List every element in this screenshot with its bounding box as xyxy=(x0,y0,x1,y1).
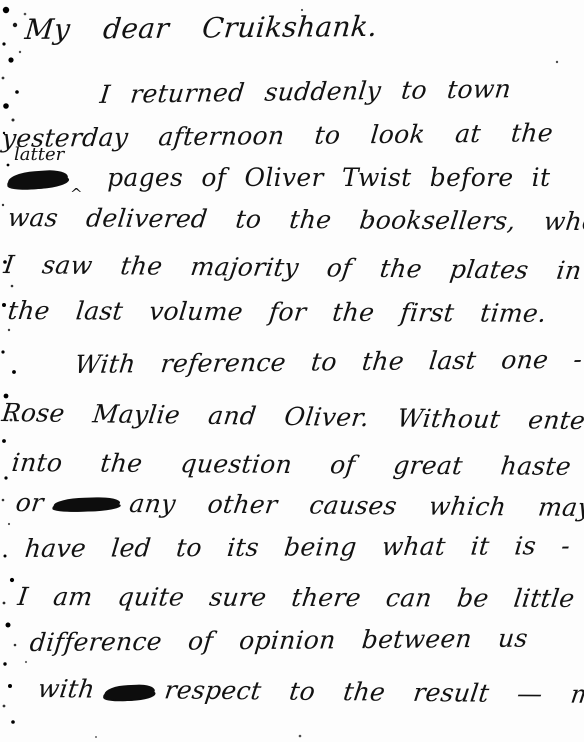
scribbled-out-word xyxy=(53,497,121,512)
letter-line-13: I am quite sure there can be little xyxy=(16,584,576,611)
edit-stack: latter xyxy=(8,165,68,190)
salutation-text: My dear Cruikshank. xyxy=(23,10,378,46)
letter-line-6: I saw the majority of the plates in xyxy=(2,252,583,283)
letter-line-5: was delivered to the booksellers, when xyxy=(7,205,584,234)
letter-line-12: have led to its being what it is - xyxy=(24,533,572,561)
letter-text: or xyxy=(14,488,45,517)
letter-line-2: I returned suddenly to town xyxy=(99,76,513,107)
letter-text: with xyxy=(36,674,97,704)
letter-text: yesterday afternoon to look at the xyxy=(1,118,555,153)
letter-text: I returned suddenly to town xyxy=(98,74,512,109)
letter-text: the last volume for the first time. xyxy=(6,296,548,328)
letter-text: any other causes which may xyxy=(128,489,584,522)
letter-line-1: My dear Cruikshank. xyxy=(24,13,379,44)
letter-line-14: difference of opinion between us xyxy=(29,626,529,655)
letter-text: into the question of great haste xyxy=(10,448,572,481)
scribbled-out-word xyxy=(7,169,68,190)
letter-text: With reference to the last one - xyxy=(73,345,584,379)
letter-text: difference of opinion between us xyxy=(29,624,530,657)
letter-line-7: the last volume for the first time. xyxy=(7,298,548,326)
letter-text: have led to its being what it is - xyxy=(24,531,572,563)
letter-text: I am quite sure there can be little xyxy=(16,582,576,613)
scribbled-out-word xyxy=(104,684,155,701)
letter-text: Rose Maylie and Oliver. Without entering xyxy=(0,398,584,436)
letter-page: My dear Cruikshank. I returned suddenly … xyxy=(0,0,584,742)
letter-line-10: into the question of great haste xyxy=(11,450,573,479)
letter-line-4: latter ^ pages of Oliver Twist before it xyxy=(8,165,550,202)
letter-text: I saw the majority of the plates in xyxy=(2,250,583,285)
letter-line-3: yesterday afternoon to look at the xyxy=(1,120,554,151)
letter-text: respect to the result — may xyxy=(163,675,584,709)
letter-line-15: withrespect to the result — may xyxy=(36,676,584,707)
insertion-caret-mark: ^ xyxy=(70,187,83,202)
letter-text: pages of Oliver Twist before it xyxy=(107,163,550,192)
letter-line-9: Rose Maylie and Oliver. Without entering xyxy=(1,400,584,434)
letter-line-8: With reference to the last one - xyxy=(74,347,584,377)
letter-text: was delivered to the booksellers, when xyxy=(6,203,584,236)
letter-line-11: orany other causes which may xyxy=(14,490,584,520)
inserted-word: latter xyxy=(14,146,64,164)
